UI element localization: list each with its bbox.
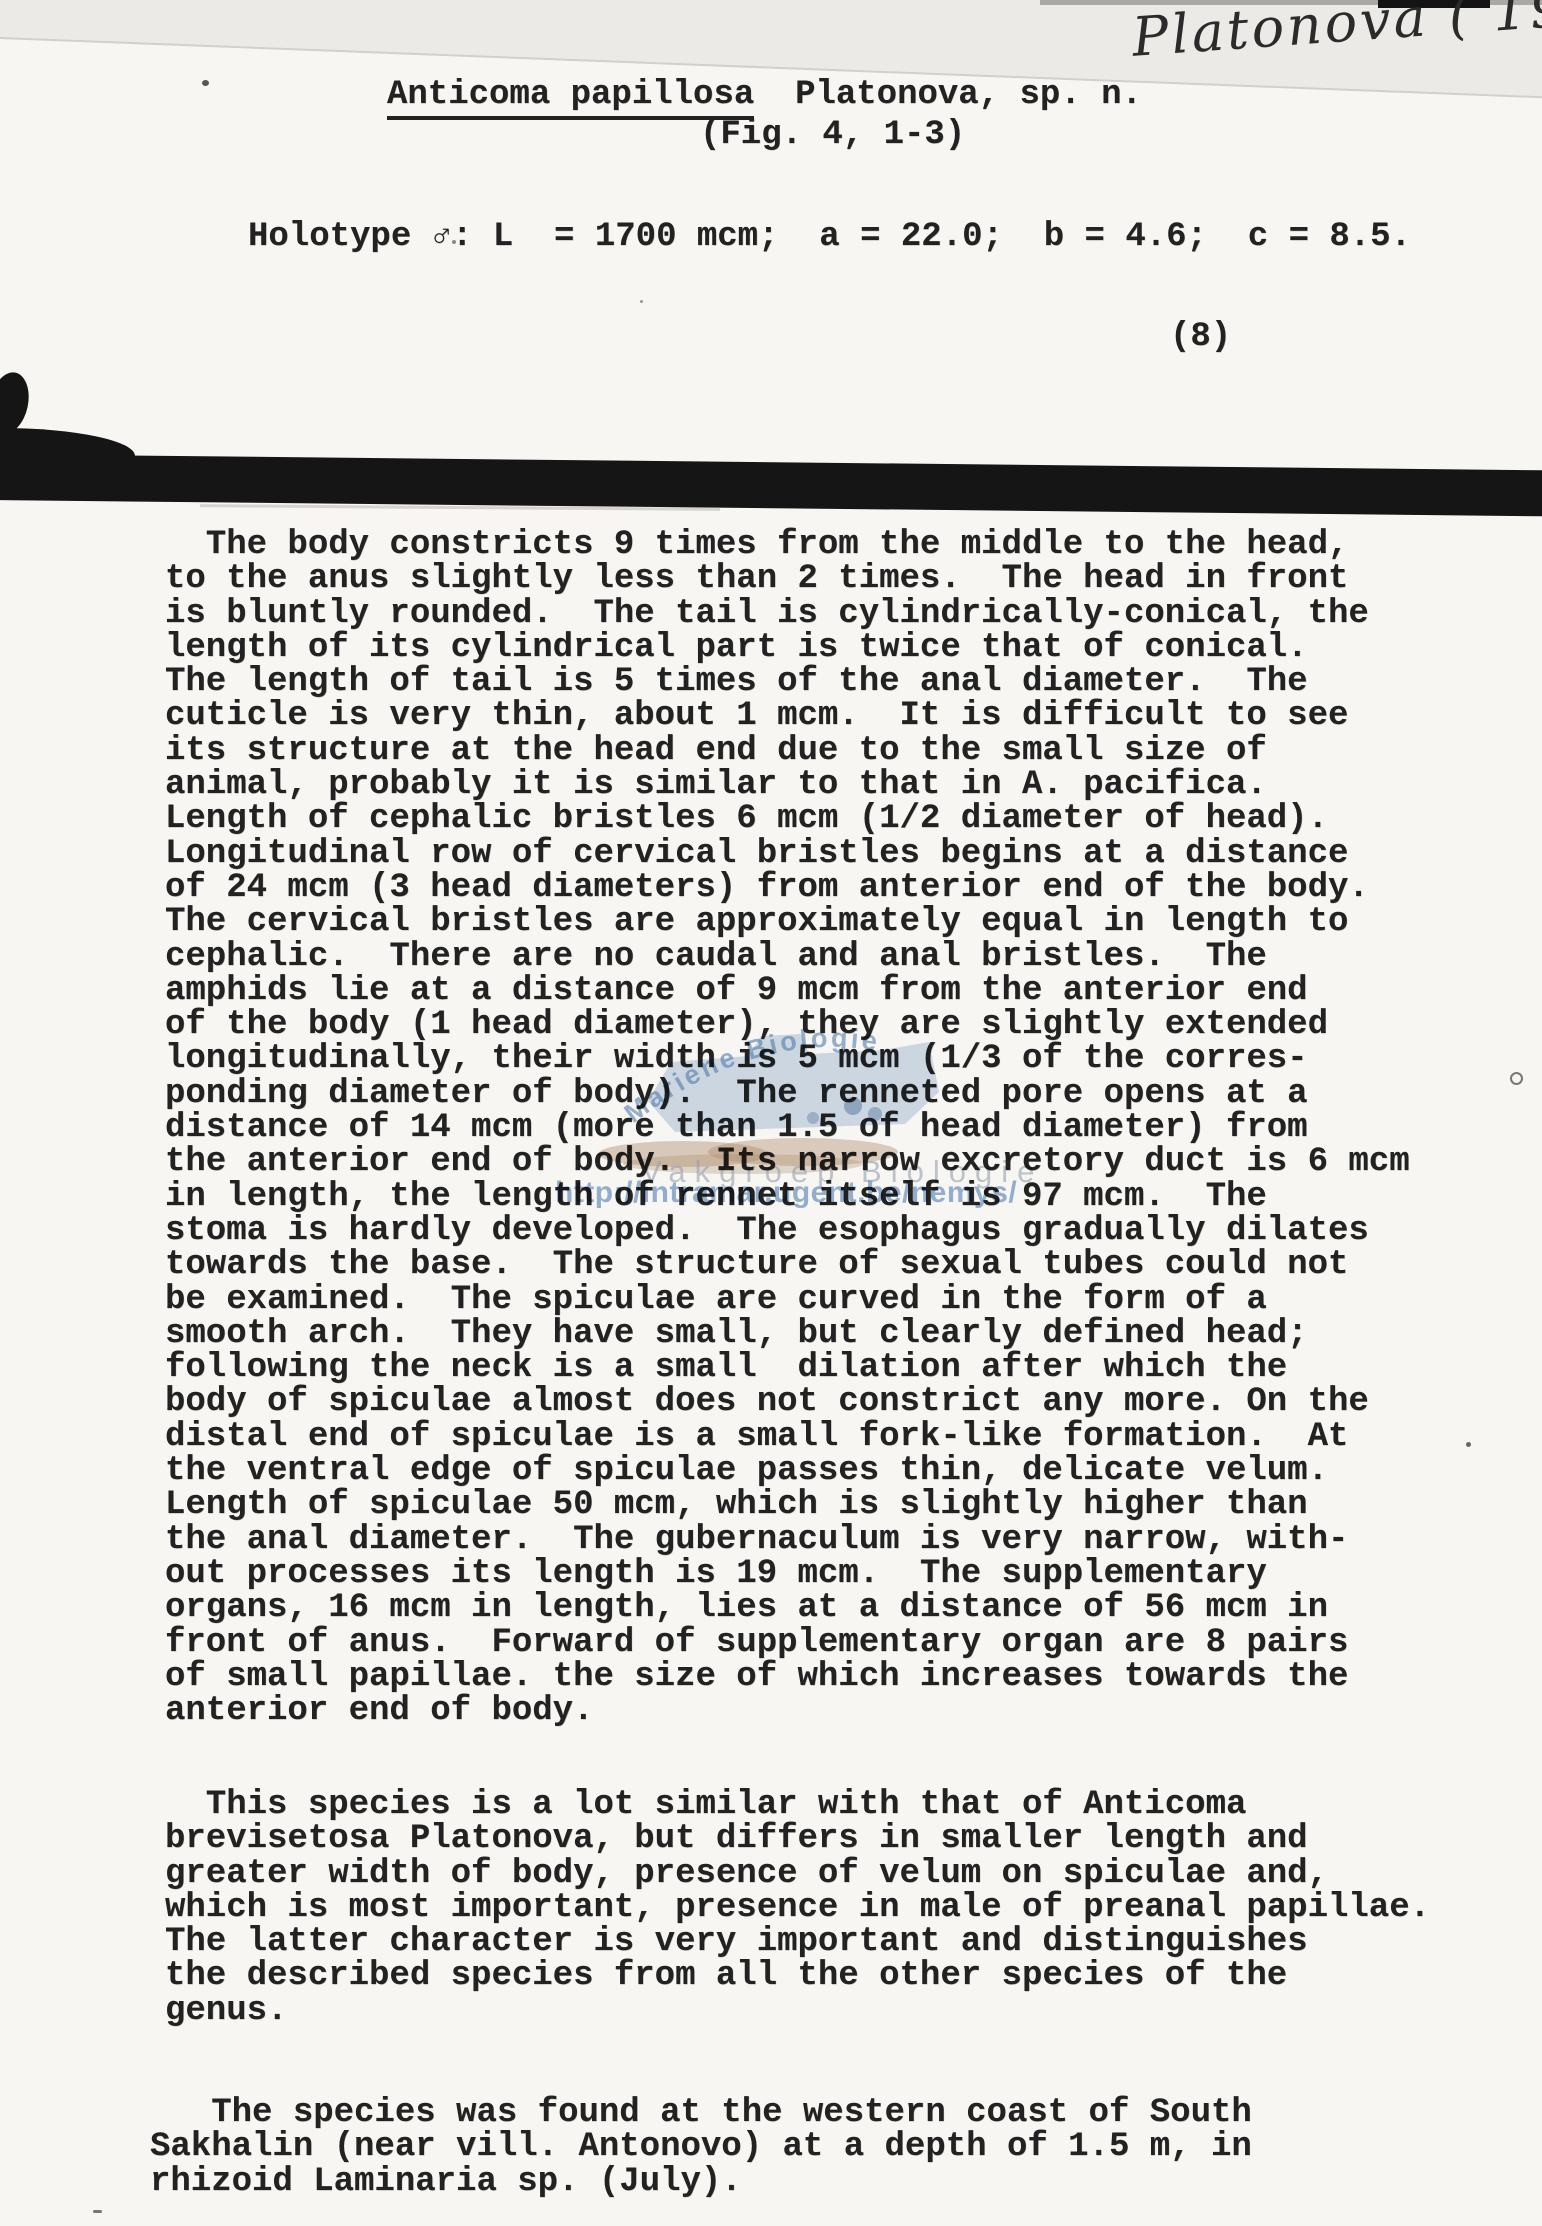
species-title-line: Anticoma papillosa Platonova, sp. n. (387, 76, 1142, 114)
noise-speck (202, 80, 209, 86)
description-paragraph: The body constricts 9 times from the mid… (165, 528, 1410, 1728)
holotype-measurements: Holotype ♂: L = 1700 mcm; a = 22.0; b = … (248, 218, 1411, 256)
locality-paragraph: The species was found at the western coa… (150, 2096, 1252, 2199)
page-number: (8) (1170, 318, 1231, 356)
noise-speck (93, 2210, 102, 2213)
noise-speck (452, 240, 456, 244)
species-author: Platonova, sp. n. (754, 76, 1142, 114)
scanned-document-page: Platonova ( 1978 Anticoma papillosa Plat… (0, 0, 1542, 2226)
scan-ink-blob (0, 369, 34, 438)
noise-speck (1466, 1442, 1471, 1447)
noise-speck (640, 300, 643, 303)
species-name: Anticoma papillosa (387, 76, 754, 120)
figure-reference: (Fig. 4, 1-3) (700, 116, 965, 154)
noise-speck (1510, 1072, 1523, 1085)
comparison-paragraph: This species is a lot similar with that … (165, 1788, 1430, 2028)
